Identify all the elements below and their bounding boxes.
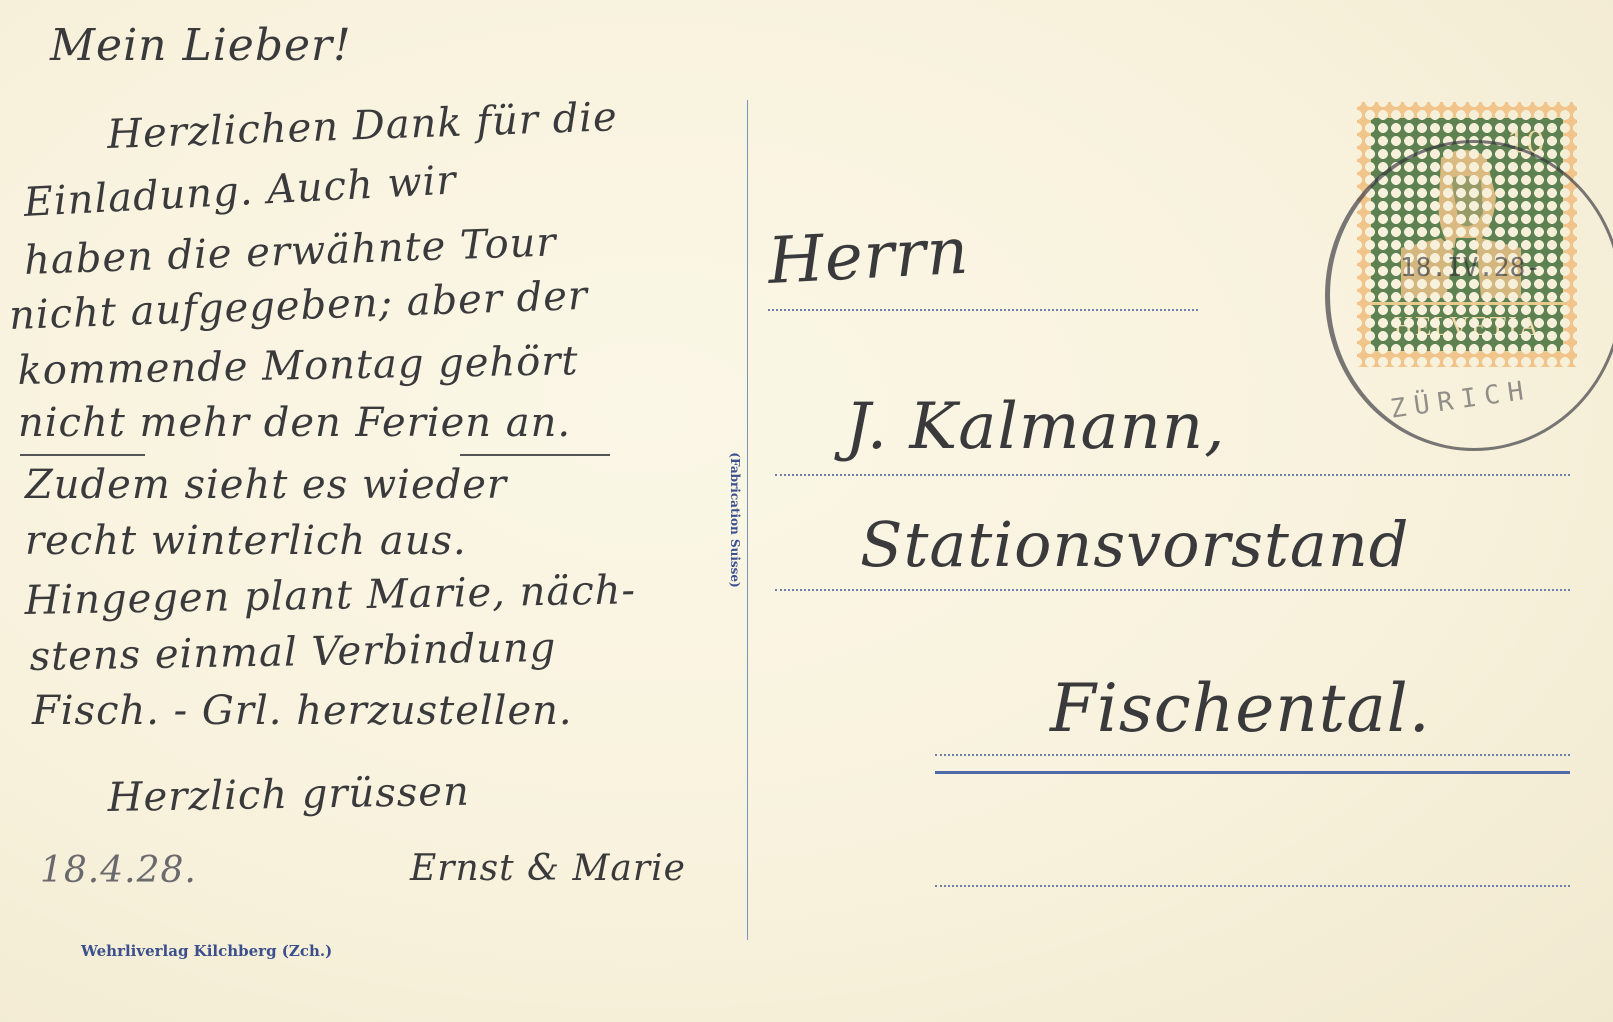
underline [460,454,610,456]
message-line: haben die erwähnte Tour [23,219,557,284]
address-occupation: Stationsvorstand [860,508,1409,581]
address-line-3 [775,589,1570,591]
message-line: Einladung. Auch wir [23,157,458,226]
address-line-2 [775,474,1570,476]
message-line: nicht mehr den Ferien an. [18,400,571,446]
message-line: Zudem sieht es wieder [25,462,507,508]
underline [20,454,145,456]
address-name: J. Kalmann, [845,390,1225,464]
address-rule [935,771,1570,774]
letter-date: 18.4.28. [40,850,197,891]
signature: Ernst & Marie [410,848,686,889]
address-title: Herrn [766,215,971,299]
address-line-1 [768,309,1198,311]
address-line-4 [935,754,1570,756]
message-line: Hingegen plant Marie, näch- [24,567,636,624]
message-line: nicht aufgegeben; aber der [8,273,588,339]
center-divider [747,100,748,940]
publisher-imprint: Wehrliverlag Kilchberg (Zch.) [81,942,332,960]
closing: Herzlich grüssen [107,769,470,821]
message-line: Herzlichen Dank für die [106,94,618,158]
divider-label: (Fabrication Suisse) [728,452,742,587]
address-town: Fischental. [1050,670,1431,747]
postcard-back: Mein Lieber! Herzlichen Dank für die Ein… [0,0,1613,1022]
message-line: stens einmal Verbindung [29,625,556,680]
message-line: recht winterlich aus. [25,518,467,564]
message-line: kommende Montag gehört [17,338,579,394]
address-line-5 [935,885,1570,887]
salutation: Mein Lieber! [50,20,352,71]
postmark-date: 18.IV.28- [1400,253,1541,283]
message-line: Fisch. - Grl. herzustellen. [32,688,573,734]
